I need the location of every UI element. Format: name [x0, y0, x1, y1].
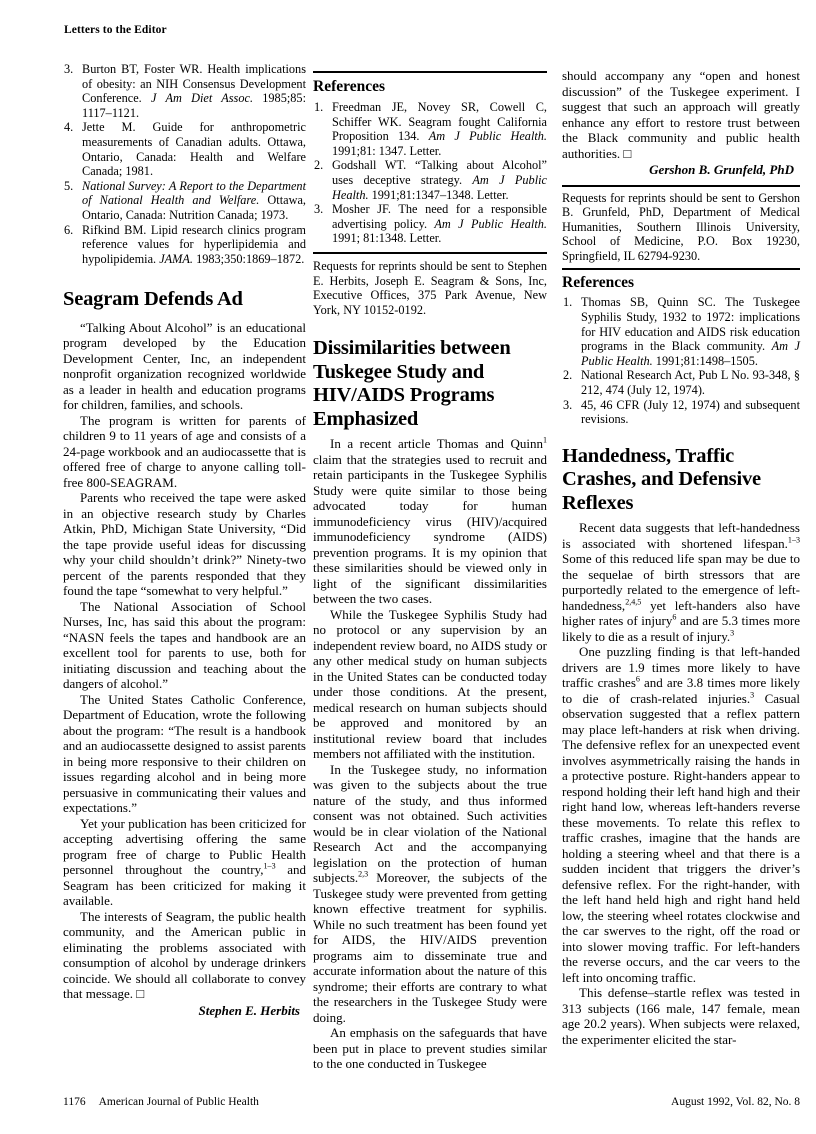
paragraph: The United States Catholic Conference, D… [63, 692, 306, 816]
paragraph-continuation: should accompany any “open and honest di… [562, 68, 800, 161]
footer-issue-info: August 1992, Vol. 82, No. 8 [671, 1095, 800, 1109]
reference-number: 3. [64, 62, 73, 77]
paragraph: Parents who received the tape were asked… [63, 490, 306, 599]
paragraph: “Talking About Alcohol” is an educationa… [63, 320, 306, 413]
column-middle: References 1. Freedman JE, Novey SR, Cow… [313, 62, 547, 1072]
page-footer: 1176American Journal of Public Health Au… [63, 1095, 800, 1109]
paragraph: Yet your publication has been criticized… [63, 816, 306, 909]
reference-number: 2. [563, 368, 572, 383]
page-header: Letters to the Editor [64, 24, 167, 36]
letter-signature: Gershon B. Grunfeld, PhD [562, 162, 800, 178]
reference-text: 45, 46 CFR (July 12, 1974) and subsequen… [581, 398, 800, 427]
paragraph: An emphasis on the safeguards that have … [313, 1025, 547, 1072]
references-list: 1. Freedman JE, Novey SR, Cowell C, Schi… [313, 100, 547, 246]
reference-text: Burton BT, Foster WR. Health implication… [82, 62, 306, 120]
reference-text: Godshall WT. “Talking about Alcohol” use… [332, 158, 547, 201]
references-heading: References [313, 78, 547, 96]
reference-item: 4. Jette M. Guide for anthropometric mea… [63, 120, 306, 178]
paragraph: Recent data suggests that left-handednes… [562, 520, 800, 644]
reference-item: 1. Thomas SB, Quinn SC. The Tuskegee Syp… [562, 295, 800, 368]
reference-text: National Research Act, Pub L No. 93-348,… [581, 368, 800, 397]
reprints-note: Requests for reprints should be sent to … [313, 259, 547, 317]
reference-item: 3. Mosher JF. The need for a responsible… [313, 202, 547, 246]
reference-item: 1. Freedman JE, Novey SR, Cowell C, Schi… [313, 100, 547, 158]
divider-rule [313, 252, 547, 254]
divider-rule [562, 268, 800, 270]
paragraph: The interests of Seagram, the public hea… [63, 909, 306, 1002]
reprints-note: Requests for reprints should be sent to … [562, 191, 800, 264]
paragraph: While the Tuskegee Syphilis Study had no… [313, 607, 547, 762]
paragraph: One puzzling finding is that left-handed… [562, 644, 800, 985]
reference-text: Freedman JE, Novey SR, Cowell C, Schiffe… [332, 100, 547, 158]
paragraph: The program is written for parents of ch… [63, 413, 306, 491]
reference-number: 2. [314, 158, 323, 173]
paragraph: This defense–startle reflex was tested i… [562, 985, 800, 1047]
reference-number: 6. [64, 223, 73, 238]
divider-rule [313, 71, 547, 73]
paragraph: The National Association of School Nurse… [63, 599, 306, 692]
reference-text: Jette M. Guide for anthropometric measur… [82, 120, 306, 178]
footer-left: 1176American Journal of Public Health [63, 1095, 259, 1109]
reference-number: 1. [314, 100, 323, 115]
reference-text: Mosher JF. The need for a responsible ad… [332, 202, 547, 245]
column-right: should accompany any “open and honest di… [562, 62, 800, 1047]
column-left: 3. Burton BT, Foster WR. Health implicat… [63, 62, 306, 1018]
reference-text: Rifkind BM. Lipid research clinics progr… [82, 223, 306, 266]
footer-page-number: 1176 [63, 1096, 86, 1108]
references-continued-list: 3. Burton BT, Foster WR. Health implicat… [63, 62, 306, 266]
paragraph: In the Tuskegee study, no information wa… [313, 762, 547, 1026]
reference-item: 2. Godshall WT. “Talking about Alcohol” … [313, 158, 547, 202]
reference-item: 3. 45, 46 CFR (July 12, 1974) and subseq… [562, 398, 800, 427]
reference-item: 6. Rifkind BM. Lipid research clinics pr… [63, 223, 306, 267]
divider-rule [562, 185, 800, 187]
letter-title-handedness: Handedness, Traffic Crashes, and Defensi… [562, 445, 800, 516]
footer-journal-title: American Journal of Public Health [99, 1096, 259, 1108]
paragraph: In a recent article Thomas and Quinn1 cl… [313, 436, 547, 607]
reference-number: 4. [64, 120, 73, 135]
reference-item: 5. National Survey: A Report to the Depa… [63, 179, 306, 223]
reference-number: 3. [314, 202, 323, 217]
reference-text: National Survey: A Report to the Departm… [82, 179, 306, 222]
reference-number: 1. [563, 295, 572, 310]
references-heading: References [562, 274, 800, 292]
reference-item: 3. Burton BT, Foster WR. Health implicat… [63, 62, 306, 120]
letter-title-tuskegee: Dissimilarities between Tuskegee Study a… [313, 337, 547, 431]
letter-title-seagram: Seagram Defends Ad [63, 288, 306, 312]
references-list: 1. Thomas SB, Quinn SC. The Tuskegee Syp… [562, 295, 800, 426]
reference-text: Thomas SB, Quinn SC. The Tuskegee Syphil… [581, 295, 800, 367]
reference-item: 2. National Research Act, Pub L No. 93-3… [562, 368, 800, 397]
reference-number: 5. [64, 179, 73, 194]
reference-number: 3. [563, 398, 572, 413]
letter-signature: Stephen E. Herbits [63, 1003, 306, 1019]
